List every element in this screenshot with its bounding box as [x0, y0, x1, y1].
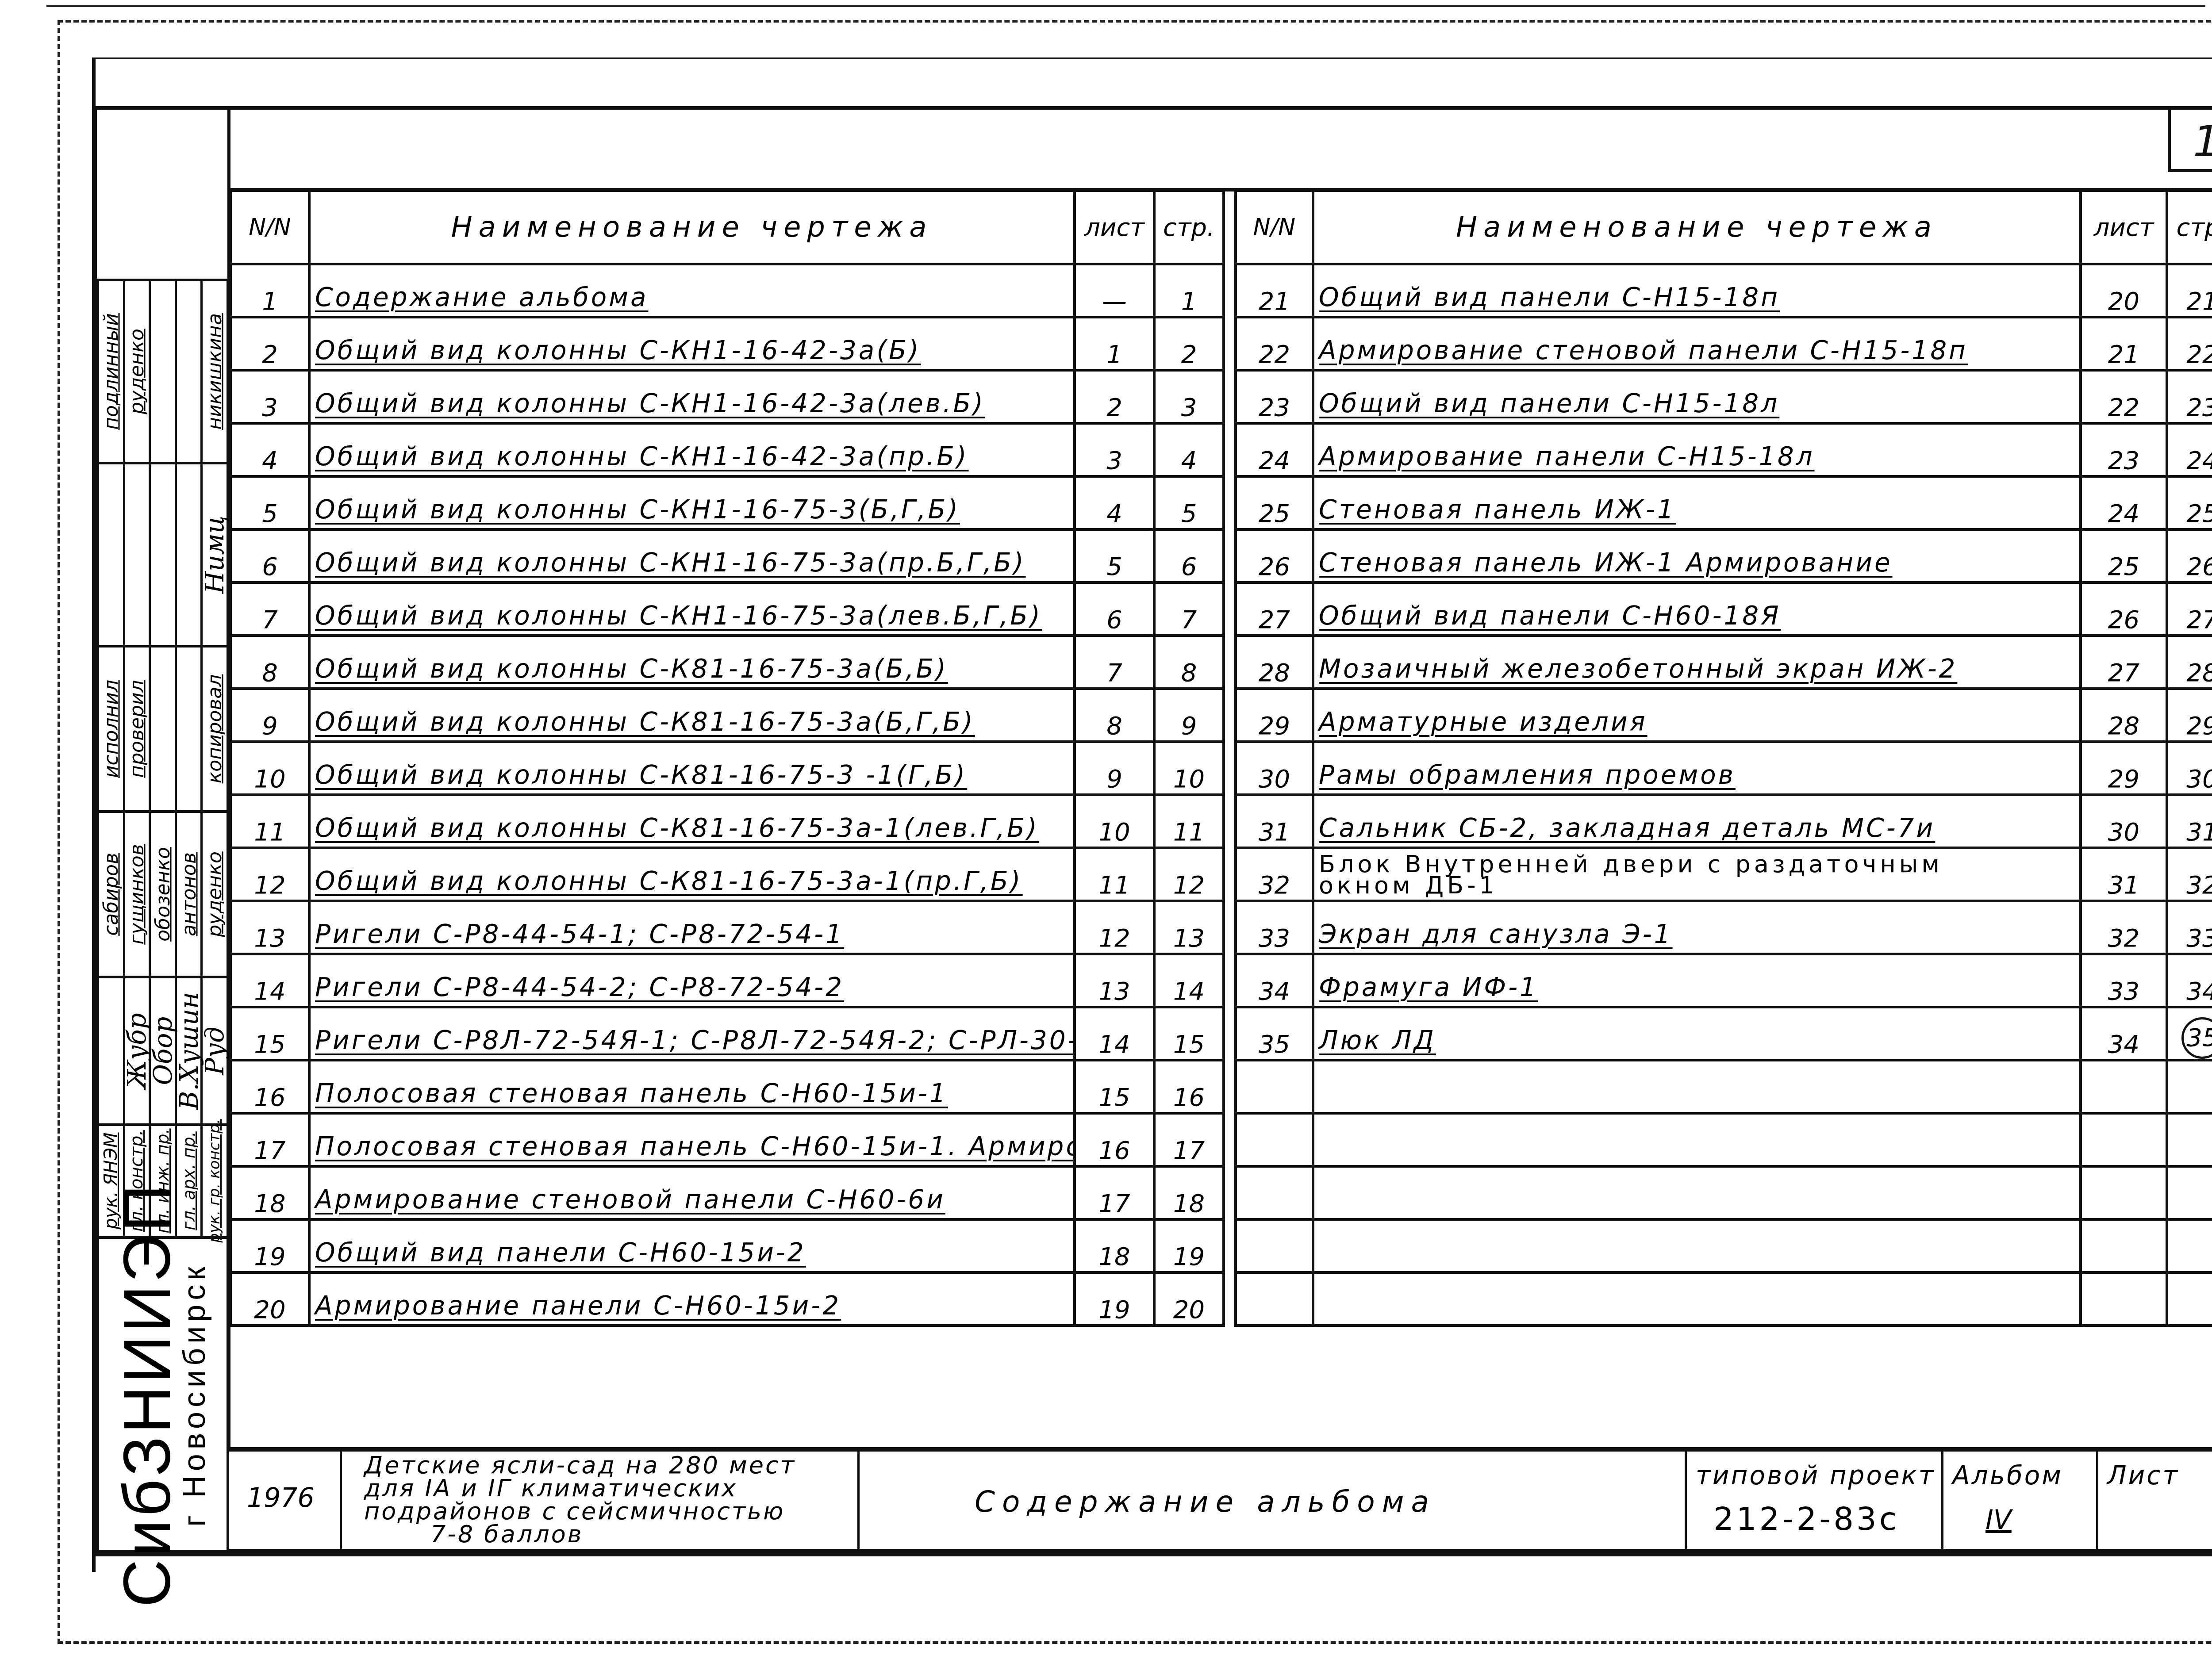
row-page: 19	[1154, 1219, 1224, 1272]
row-sheet: —	[1075, 264, 1154, 317]
table-row: 6Общий вид колонны С-КН1-16-75-3а(пр.Б,Г…	[230, 529, 1224, 582]
row-page: 1	[1154, 264, 1224, 317]
table-row: 13Ригели С-Р8-44-54-1; С-Р8-72-54-11213	[230, 901, 1224, 954]
row-title: Ригели С-Р8-44-54-1; С-Р8-72-54-1	[309, 901, 1075, 954]
row-title: Мозаичный железобетонный экран ИЖ-2	[1313, 636, 2081, 689]
row-number: 24	[1236, 423, 1313, 476]
row-sheet: 19	[1075, 1272, 1154, 1326]
table-row: 1Содержание альбома—1	[230, 264, 1224, 317]
row-sheet: 10	[1075, 795, 1154, 848]
row-title-line: окном ДБ-1	[1319, 875, 2079, 896]
row-number: 19	[230, 1219, 309, 1272]
row-title: Общий вид колонны С-КН1-16-75-3а(пр.Б,Г,…	[309, 529, 1075, 582]
organization-name: СибЗНИИЭП	[109, 1181, 185, 1607]
signature: Обор	[148, 1017, 178, 1085]
row-number: 17	[230, 1113, 309, 1166]
row-sheet	[2081, 1166, 2167, 1219]
row-number: 4	[230, 423, 309, 476]
stamp-names: сабиров гущинков обозенко антонов руденк…	[96, 810, 229, 978]
row-page: 16	[1154, 1060, 1224, 1113]
row-number: 12	[230, 848, 309, 901]
corner-sheet-number-box: 1	[2168, 108, 2212, 172]
stamp-role: проверил	[126, 680, 148, 778]
row-sheet	[2081, 1272, 2167, 1326]
table-row: 27Общий вид панели С-Н60-18Я2627	[1236, 582, 2212, 636]
tb-typical-project-label: типовой проект	[1696, 1460, 1935, 1490]
row-page: 4	[1154, 423, 1224, 476]
row-sheet: 27	[2081, 636, 2167, 689]
row-title: Армирование стеновой панели С-Н15-18п	[1313, 317, 2081, 370]
table-row: 23Общий вид панели С-Н15-18л2223	[1236, 370, 2212, 423]
row-number: 10	[230, 742, 309, 795]
row-title: Армирование панели С-Н60-15и-2	[309, 1272, 1075, 1326]
stamp-role: копировал	[204, 674, 226, 784]
row-sheet	[2081, 1060, 2167, 1113]
tb-project-description: Детские ясли-сад на 280 мест для IА и IГ…	[364, 1454, 796, 1546]
table-row: 17Полосовая стеновая панель С-Н60-15и-1.…	[230, 1113, 1224, 1166]
row-title: Полосовая стеновая панель С-Н60-15и-1. А…	[309, 1113, 1075, 1166]
row-number: 18	[230, 1166, 309, 1219]
signature: Руд	[200, 1027, 230, 1075]
row-page: 3	[1154, 370, 1224, 423]
row-title: Общий вид панели С-Н60-15и-2	[309, 1219, 1075, 1272]
table-header-row: N/N Наименование чертежа лист стр.	[230, 191, 1224, 264]
row-number	[1236, 1113, 1313, 1166]
row-page: 34	[2167, 954, 2212, 1007]
row-number: 15	[230, 1007, 309, 1060]
frame-top-line	[93, 106, 2212, 110]
table-row: 21Общий вид панели С-Н15-18п2021	[1236, 264, 2212, 317]
row-page: 32	[2167, 848, 2212, 901]
stamp-name: сабиров	[100, 853, 122, 936]
table-row: 28Мозаичный железобетонный экран ИЖ-2272…	[1236, 636, 2212, 689]
row-number: 1	[230, 264, 309, 317]
stamp-approvals-top: подлинный руденко никишкина	[96, 279, 229, 464]
row-title: Блок Внутренней двери с раздаточнымокном…	[1313, 848, 2081, 901]
row-number: 26	[1236, 529, 1313, 582]
table-row: 32Блок Внутренней двери с раздаточнымокн…	[1236, 848, 2212, 901]
row-page: 20	[1154, 1272, 1224, 1326]
row-number: 16	[230, 1060, 309, 1113]
stamp-roles-middle: исполнил проверил копировал	[96, 645, 229, 813]
row-number: 27	[1236, 582, 1313, 636]
tb-desc-line: 7-8 баллов	[364, 1523, 796, 1546]
row-number: 6	[230, 529, 309, 582]
tb-drawing-title: Содержание альбома	[975, 1485, 1436, 1519]
toc-table-left: N/N Наименование чертежа лист стр. 1Соде…	[229, 189, 1225, 1327]
row-sheet: 31	[2081, 848, 2167, 901]
row-page: 13	[1154, 901, 1224, 954]
row-sheet: 21	[2081, 317, 2167, 370]
row-page: 27	[2167, 582, 2212, 636]
row-title: Общий вид колонны С-КН1-16-75-3а(лев.Б,Г…	[309, 582, 1075, 636]
row-page: 24	[2167, 423, 2212, 476]
table-row: 22Армирование стеновой панели С-Н15-18п2…	[1236, 317, 2212, 370]
row-sheet: 16	[1075, 1113, 1154, 1166]
row-number: 8	[230, 636, 309, 689]
row-number: 34	[1236, 954, 1313, 1007]
table-row: 12Общий вид колонны С-К81-16-75-3а-1(пр.…	[230, 848, 1224, 901]
stamp-name: гущинков	[126, 844, 148, 944]
row-number: 31	[1236, 795, 1313, 848]
row-number: 9	[230, 689, 309, 742]
row-sheet: 13	[1075, 954, 1154, 1007]
row-page: 21	[2167, 264, 2212, 317]
row-title: Ригели С-Р8Л-72-54Я-1; С-Р8Л-72-54Я-2; С…	[309, 1007, 1075, 1060]
toc-table-right: N/N Наименование чертежа лист стр. 21Общ…	[1234, 189, 2212, 1327]
tb-year: 1976	[247, 1483, 315, 1513]
row-title	[1313, 1219, 2081, 1272]
table-row	[1236, 1113, 2212, 1166]
table-row: 11Общий вид колонны С-К81-16-75-3а-1(лев…	[230, 795, 1224, 848]
row-page: 28	[2167, 636, 2212, 689]
row-page: 2	[1154, 317, 1224, 370]
row-title: Общий вид колонны С-К81-16-75-3а(Б,Г,Б)	[309, 689, 1075, 742]
tb-album-label: Альбом	[1952, 1460, 2063, 1490]
row-number: 35	[1236, 1007, 1313, 1060]
table-row: 2Общий вид колонны С-КН1-16-42-3а(Б)12	[230, 317, 1224, 370]
row-sheet: 23	[2081, 423, 2167, 476]
row-sheet: 4	[1075, 476, 1154, 529]
tb-desc-line: для IА и IГ климатических	[364, 1477, 796, 1500]
row-sheet: 33	[2081, 954, 2167, 1007]
row-sheet: 17	[1075, 1166, 1154, 1219]
row-title: Арматурные изделия	[1313, 689, 2081, 742]
organization-stamp: СибЗНИИЭП г Новосибирск	[96, 1236, 229, 1552]
table-row: 4Общий вид колонны С-КН1-16-42-3а(пр.Б)3…	[230, 423, 1224, 476]
row-page: 29	[2167, 689, 2212, 742]
table-row: 33Экран для санузла Э-13233	[1236, 901, 2212, 954]
row-title: Экран для санузла Э-1	[1313, 901, 2081, 954]
table-row: 34Фрамуга ИФ-13334	[1236, 954, 2212, 1007]
circled-page-number: 35	[2181, 1017, 2212, 1059]
table-header-row: N/N Наименование чертежа лист стр.	[1236, 191, 2212, 264]
row-title: Армирование панели С-Н15-18л	[1313, 423, 2081, 476]
row-page: 31	[2167, 795, 2212, 848]
row-title: Общий вид панели С-Н60-18Я	[1313, 582, 2081, 636]
row-number: 14	[230, 954, 309, 1007]
row-title: Ригели С-Р8-44-54-2; С-Р8-72-54-2	[309, 954, 1075, 1007]
row-number	[1236, 1166, 1313, 1219]
row-number: 5	[230, 476, 309, 529]
row-number: 28	[1236, 636, 1313, 689]
stamp-position: рук. гр. констр.	[206, 1119, 223, 1242]
row-title: Общий вид панели С-Н15-18п	[1313, 264, 2081, 317]
tb-project-cell: Детские ясли-сад на 280 мест для IА и IГ…	[340, 1452, 857, 1549]
row-sheet: 34	[2081, 1007, 2167, 1060]
row-title: Стеновая панель ИЖ-1 Армирование	[1313, 529, 2081, 582]
row-page: 18	[1154, 1166, 1224, 1219]
row-sheet: 11	[1075, 848, 1154, 901]
row-page: 10	[1154, 742, 1224, 795]
row-page	[2167, 1113, 2212, 1166]
row-page: 9	[1154, 689, 1224, 742]
row-page: 17	[1154, 1113, 1224, 1166]
tb-drawing-title-cell: Содержание альбома	[857, 1452, 1685, 1549]
row-title: Общий вид колонны С-КН1-16-42-3а(пр.Б)	[309, 423, 1075, 476]
tb-sheet-cell: Лист	[2096, 1452, 2212, 1549]
stamp-signatures: Жубр Обор В.Хушин Руд	[96, 976, 229, 1126]
row-title	[1313, 1060, 2081, 1113]
row-sheet	[2081, 1219, 2167, 1272]
row-page: 8	[1154, 636, 1224, 689]
row-title: Армирование стеновой панели С-Н60-6и	[309, 1166, 1075, 1219]
row-sheet: 32	[2081, 901, 2167, 954]
row-title	[1313, 1166, 2081, 1219]
tb-album-number: IV	[1985, 1505, 2012, 1536]
header-page: стр.	[2167, 191, 2212, 264]
row-sheet: 7	[1075, 636, 1154, 689]
row-number: 2	[230, 317, 309, 370]
stamp-role: исполнил	[100, 680, 122, 778]
row-page: 7	[1154, 582, 1224, 636]
table-row	[1236, 1272, 2212, 1326]
row-title	[1313, 1113, 2081, 1166]
row-title: Общий вид панели С-Н15-18л	[1313, 370, 2081, 423]
signature: Нимц	[200, 516, 230, 594]
row-page: 5	[1154, 476, 1224, 529]
stamp-name: антонов	[177, 852, 200, 936]
row-number: 32	[1236, 848, 1313, 901]
header-sheet: лист	[1075, 191, 1154, 264]
header-sheet: лист	[2081, 191, 2167, 264]
row-page: 15	[1154, 1007, 1224, 1060]
row-title: Общий вид колонны С-К81-16-75-3 -1(Г,Б)	[309, 742, 1075, 795]
table-row: 10Общий вид колонны С-К81-16-75-3 -1(Г,Б…	[230, 742, 1224, 795]
table-row: 15Ригели С-Р8Л-72-54Я-1; С-Р8Л-72-54Я-2;…	[230, 1007, 1224, 1060]
row-sheet: 26	[2081, 582, 2167, 636]
row-title: Люк ЛД	[1313, 1007, 2081, 1060]
row-title: Общий вид колонны С-КН1-16-42-3а(лев.Б)	[309, 370, 1075, 423]
table-row: 9Общий вид колонны С-К81-16-75-3а(Б,Г,Б)…	[230, 689, 1224, 742]
row-sheet: 25	[2081, 529, 2167, 582]
table-row: 26Стеновая панель ИЖ-1 Армирование2526	[1236, 529, 2212, 582]
row-page: 23	[2167, 370, 2212, 423]
row-number	[1236, 1219, 1313, 1272]
header-name: Наименование чертежа	[1313, 191, 2081, 264]
tb-desc-line: Детские ясли-сад на 280 мест	[364, 1454, 796, 1477]
row-number: 30	[1236, 742, 1313, 795]
row-number: 33	[1236, 901, 1313, 954]
table-row	[1236, 1166, 2212, 1219]
row-page: 6	[1154, 529, 1224, 582]
table-row	[1236, 1219, 2212, 1272]
row-page: 11	[1154, 795, 1224, 848]
row-title: Фрамуга ИФ-1	[1313, 954, 2081, 1007]
row-page: 12	[1154, 848, 1224, 901]
table-row: 7Общий вид колонны С-КН1-16-75-3а(лев.Б,…	[230, 582, 1224, 636]
table-row: 24Армирование панели С-Н15-18л2324	[1236, 423, 2212, 476]
tb-typical-project-number: 212-2-83с	[1713, 1500, 1899, 1537]
row-number: 25	[1236, 476, 1313, 529]
tb-desc-line: подрайонов с сейсмичностью	[364, 1500, 796, 1523]
table-row: 20Армирование панели С-Н60-15и-21920	[230, 1272, 1224, 1326]
organization-city: г Новосибирск	[177, 1262, 212, 1527]
row-title: Общий вид колонны С-КН1-16-42-3а(Б)	[309, 317, 1075, 370]
row-sheet: 1	[1075, 317, 1154, 370]
row-page: 14	[1154, 954, 1224, 1007]
row-sheet: 20	[2081, 264, 2167, 317]
row-number: 20	[230, 1272, 309, 1326]
page-trim-top	[46, 5, 2205, 7]
row-sheet: 22	[2081, 370, 2167, 423]
row-page: 25	[2167, 476, 2212, 529]
table-row: 31Сальник СБ-2, закладная деталь МС-7и30…	[1236, 795, 2212, 848]
row-title: Рамы обрамления проемов	[1313, 742, 2081, 795]
stamp-name: обозенко	[151, 847, 174, 942]
stamp-name: руденко	[204, 851, 226, 937]
row-title: Содержание альбома	[309, 264, 1075, 317]
row-sheet: 8	[1075, 689, 1154, 742]
row-sheet: 29	[2081, 742, 2167, 795]
row-number: 3	[230, 370, 309, 423]
row-page	[2167, 1060, 2212, 1113]
table-row: 14Ригели С-Р8-44-54-2; С-Р8-72-54-21314	[230, 954, 1224, 1007]
table-row: 30Рамы обрамления проемов2930	[1236, 742, 2212, 795]
row-title: Общий вид колонны С-КН1-16-75-3(Б,Г,Б)	[309, 476, 1075, 529]
row-sheet: 15	[1075, 1060, 1154, 1113]
row-number: 22	[1236, 317, 1313, 370]
stamp-role: никишкина	[204, 313, 226, 430]
table-row: 5Общий вид колонны С-КН1-16-75-3(Б,Г,Б)4…	[230, 476, 1224, 529]
table-row: 16Полосовая стеновая панель С-Н60-15и-11…	[230, 1060, 1224, 1113]
tb-year-cell: 1976	[229, 1452, 340, 1549]
row-page: 26	[2167, 529, 2212, 582]
row-title: Полосовая стеновая панель С-Н60-15и-1	[309, 1060, 1075, 1113]
row-sheet: 5	[1075, 529, 1154, 582]
row-number	[1236, 1272, 1313, 1326]
row-number: 21	[1236, 264, 1313, 317]
table-row: 19Общий вид панели С-Н60-15и-21819	[230, 1219, 1224, 1272]
table-row: 25Стеновая панель ИЖ-12425	[1236, 476, 2212, 529]
row-number	[1236, 1060, 1313, 1113]
row-number: 23	[1236, 370, 1313, 423]
row-sheet: 24	[2081, 476, 2167, 529]
row-title: Сальник СБ-2, закладная деталь МС-7и	[1313, 795, 2081, 848]
row-title: Общий вид колонны С-К81-16-75-3а-1(пр.Г,…	[309, 848, 1075, 901]
row-title: Общий вид колонны С-К81-16-75-3а(Б,Б)	[309, 636, 1075, 689]
row-page: 35	[2167, 1007, 2212, 1060]
row-number: 11	[230, 795, 309, 848]
row-sheet: 9	[1075, 742, 1154, 795]
row-number: 7	[230, 582, 309, 636]
table-row: 29Арматурные изделия2829	[1236, 689, 2212, 742]
row-number: 29	[1236, 689, 1313, 742]
table-row: 35Люк ЛД3435	[1236, 1007, 2212, 1060]
row-page: 30	[2167, 742, 2212, 795]
corner-sheet-number: 1	[2193, 117, 2212, 166]
tb-album-cell: Альбом IV	[1941, 1452, 2096, 1549]
row-page	[2167, 1219, 2212, 1272]
title-block: 1976 Детские ясли-сад на 280 мест для IА…	[229, 1447, 2212, 1553]
row-sheet: 6	[1075, 582, 1154, 636]
stamp-signature-top: Нимц	[96, 462, 229, 647]
row-title	[1313, 1272, 2081, 1326]
stamp-role: руденко	[126, 329, 148, 414]
row-title: Стеновая панель ИЖ-1	[1313, 476, 2081, 529]
row-sheet	[2081, 1113, 2167, 1166]
row-page: 33	[2167, 901, 2212, 954]
row-sheet: 18	[1075, 1219, 1154, 1272]
header-num: N/N	[1236, 191, 1313, 264]
row-page: 22	[2167, 317, 2212, 370]
row-title: Общий вид колонны С-К81-16-75-3а-1(лев.Г…	[309, 795, 1075, 848]
table-row	[1236, 1060, 2212, 1113]
tb-sheet-label: Лист	[2107, 1460, 2179, 1490]
stamp-role: подлинный	[100, 313, 122, 430]
row-sheet: 14	[1075, 1007, 1154, 1060]
row-sheet: 3	[1075, 423, 1154, 476]
table-row: 18Армирование стеновой панели С-Н60-6и17…	[230, 1166, 1224, 1219]
row-number: 13	[230, 901, 309, 954]
row-sheet: 2	[1075, 370, 1154, 423]
table-row: 3Общий вид колонны С-КН1-16-42-3а(лев.Б)…	[230, 370, 1224, 423]
row-sheet: 30	[2081, 795, 2167, 848]
header-page: стр.	[1154, 191, 1224, 264]
row-page	[2167, 1272, 2212, 1326]
tb-typical-project-cell: типовой проект 212-2-83с	[1685, 1452, 1941, 1549]
row-sheet: 12	[1075, 901, 1154, 954]
row-sheet: 28	[2081, 689, 2167, 742]
table-row: 8Общий вид колонны С-К81-16-75-3а(Б,Б)78	[230, 636, 1224, 689]
header-name: Наименование чертежа	[309, 191, 1075, 264]
header-num: N/N	[230, 191, 309, 264]
row-page	[2167, 1166, 2212, 1219]
